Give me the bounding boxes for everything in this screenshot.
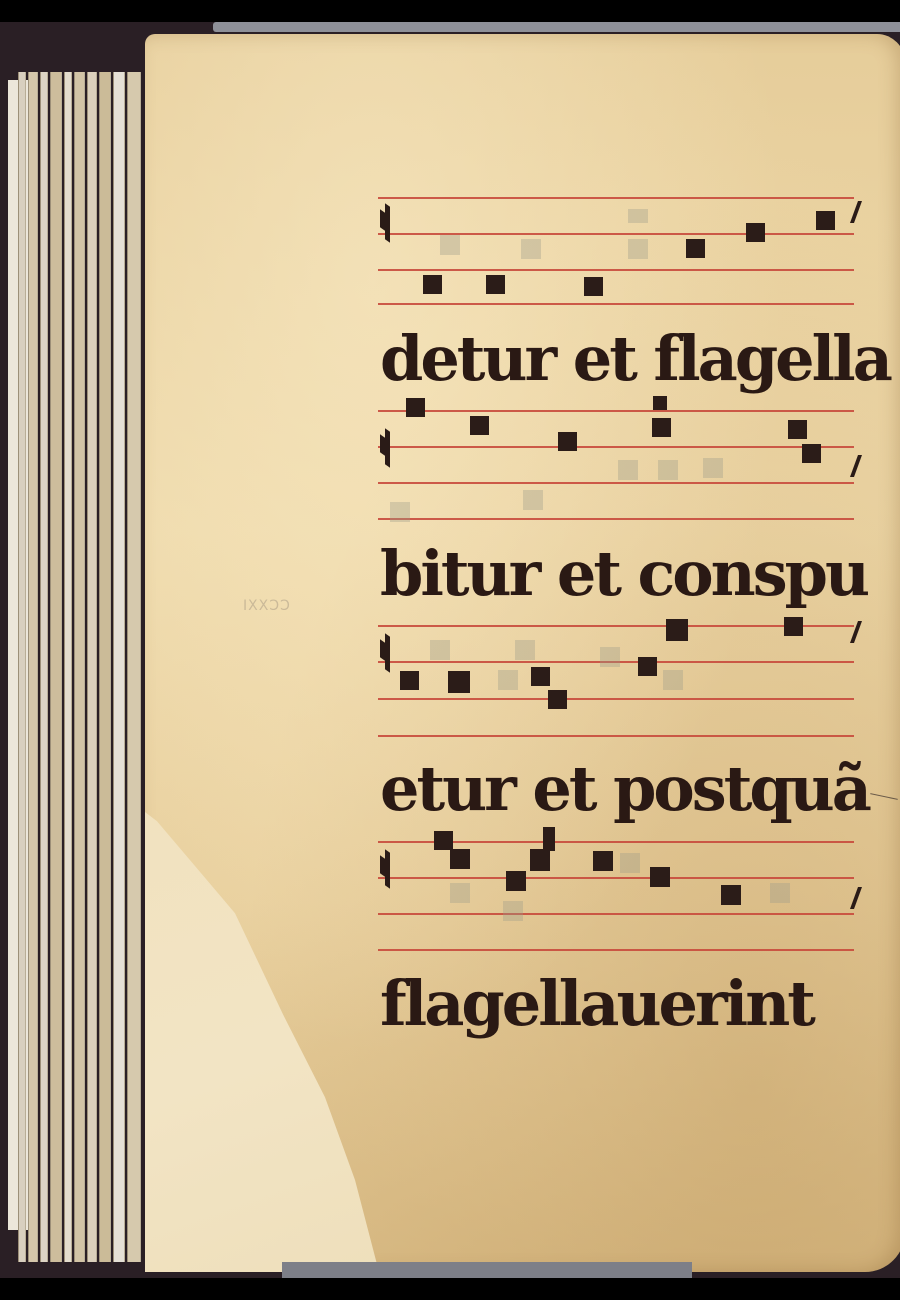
staff-3	[378, 625, 854, 735]
show-through-folio: CCXXI	[242, 598, 290, 614]
neume	[506, 871, 526, 891]
neume	[746, 223, 765, 242]
staff-4	[378, 841, 854, 951]
neume	[652, 418, 671, 437]
neume	[653, 396, 667, 410]
neume	[721, 885, 741, 905]
neume	[531, 667, 550, 686]
staff-2	[378, 410, 854, 520]
c-clef-icon	[380, 851, 388, 891]
staff-1	[378, 197, 854, 307]
lyric-line-4: flagellauerint	[380, 973, 813, 1035]
neume	[486, 275, 505, 294]
neume	[530, 849, 550, 871]
neume	[423, 275, 442, 294]
neume	[788, 420, 807, 439]
neume	[816, 211, 835, 230]
c-clef-icon	[380, 205, 388, 245]
neume	[434, 831, 453, 850]
neume	[593, 851, 613, 871]
neume	[784, 617, 803, 636]
grey-support-bottom	[282, 1262, 692, 1278]
neume	[406, 398, 425, 417]
neume	[584, 277, 603, 296]
lyric-line-2: bitur et conspu	[380, 543, 867, 605]
neume	[558, 432, 577, 451]
neume	[638, 657, 657, 676]
neume	[666, 619, 688, 641]
neume	[802, 444, 821, 463]
neume	[686, 239, 705, 258]
grey-support-top	[213, 22, 900, 32]
neume	[650, 867, 670, 887]
neume	[450, 849, 470, 869]
neume	[400, 671, 419, 690]
neume	[548, 690, 567, 709]
neume	[543, 827, 555, 851]
c-clef-icon	[380, 635, 388, 675]
lyric-line-1: detur et flagella	[380, 328, 890, 390]
lyric-line-3: etur et postquã	[380, 758, 869, 820]
c-clef-icon	[380, 430, 388, 470]
neume	[470, 416, 489, 435]
page-stack	[8, 72, 158, 1262]
neume	[448, 671, 470, 693]
